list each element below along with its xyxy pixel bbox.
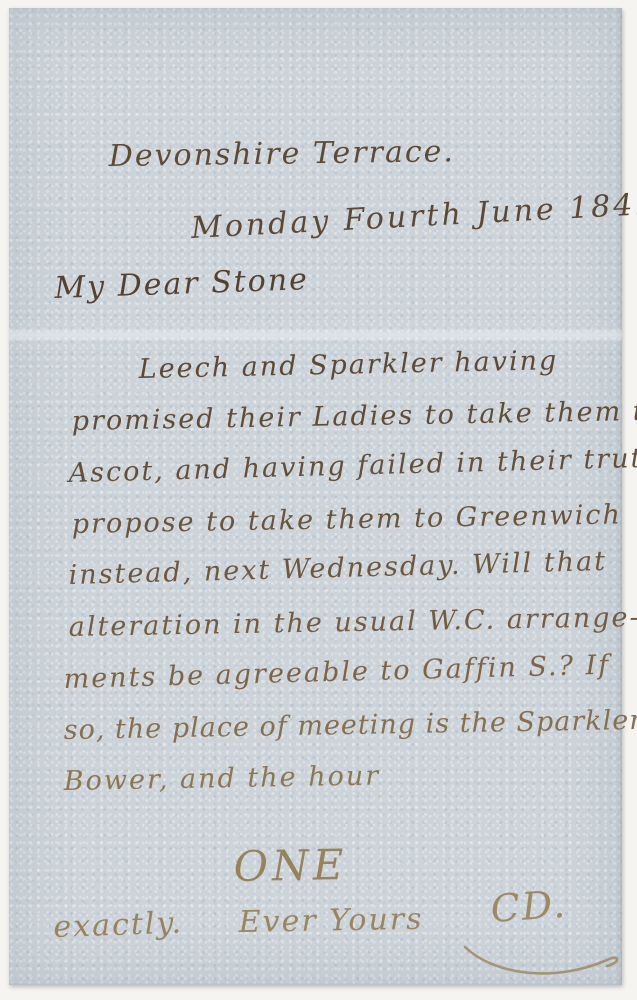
letter-salutation: My Dear Stone — [54, 265, 309, 304]
letter-body-line: promised their Ladies to take them to — [72, 398, 637, 435]
valediction: Ever Yours — [238, 905, 423, 938]
letter-body-line: ments be agreeable to Gaffin S.? If — [63, 652, 610, 693]
letter-body-line: so, the place of meeting is the Sparkler… — [64, 706, 637, 744]
scan-background: { "meta": { "kind": "scanned handwritten… — [0, 0, 637, 1000]
letter-body-line: Ascot, and having failed in their truth, — [68, 444, 637, 487]
letter-body-line: propose to take them to Greenwich — [72, 501, 623, 538]
closing-word: exactly. — [53, 908, 183, 943]
letter-body-line: Bower, and the hour — [64, 762, 381, 795]
letter-body-line: instead, next Wednesday. Will that — [68, 548, 607, 589]
letter-body-line: alteration in the usual W.C. arrange- — [69, 604, 637, 641]
letter-address: Devonshire Terrace. — [109, 137, 456, 172]
letter-paper: Devonshire Terrace. Monday Fourth June 1… — [9, 8, 622, 985]
signature-monogram: CD. — [489, 885, 568, 928]
emphasized-hour-word: ONE — [233, 844, 348, 888]
paper-fold-crease — [9, 326, 622, 344]
letter-date: Monday Fourth June 1849. — [190, 189, 637, 244]
signature-flourish-icon — [459, 933, 629, 988]
letter-body-line: Leech and Sparkler having — [138, 347, 558, 383]
